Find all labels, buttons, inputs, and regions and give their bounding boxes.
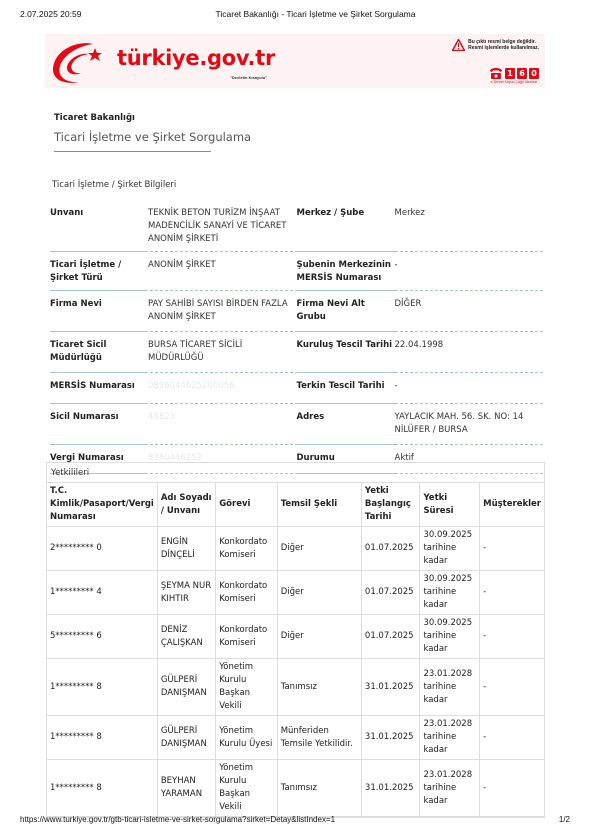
table-cell: - bbox=[480, 716, 544, 760]
hotline-digit: 6 bbox=[517, 68, 527, 79]
row-divider bbox=[50, 444, 148, 445]
info-value: Merkez bbox=[395, 205, 543, 252]
column-header: Görevi bbox=[216, 483, 277, 527]
row-divider bbox=[297, 403, 395, 404]
warning-line-2: Resmi işlemlerde kullanılmaz. bbox=[468, 45, 539, 51]
print-title: Ticaret Bakanlığı - Ticari İşletme ve Şi… bbox=[0, 9, 591, 19]
section-title: Ticari İşletme / Şirket Bilgileri bbox=[52, 180, 176, 190]
table-cell: Tanımsız bbox=[277, 760, 361, 817]
info-row: Ticari İşletme / Şirket TürüANONİM ŞİRKE… bbox=[50, 257, 543, 291]
table-row: 1********* 8GÜLPERİ DANIŞMANYönetim Kuru… bbox=[47, 659, 544, 716]
table-cell: Diğer bbox=[277, 615, 361, 659]
table-cell: GÜLPERİ DANIŞMAN bbox=[157, 659, 215, 716]
table-cell: 1********* 4 bbox=[47, 571, 157, 615]
table-cell: Diğer bbox=[277, 527, 361, 571]
table-cell: 31.01.2025 bbox=[361, 716, 420, 760]
table-cell: 01.07.2025 bbox=[361, 527, 420, 571]
table-cell: ENGİN DİNÇELİ bbox=[157, 527, 215, 571]
row-divider bbox=[297, 290, 395, 291]
crescent-star-logo-icon bbox=[49, 38, 113, 86]
info-value: ANONİM ŞİRKET bbox=[148, 257, 296, 291]
row-divider bbox=[50, 372, 148, 373]
info-row: MERSİS Numarası0836044625200056Terkin Te… bbox=[50, 378, 543, 404]
table-cell: 1********* 8 bbox=[47, 716, 157, 760]
table-cell: 31.01.2025 bbox=[361, 659, 420, 716]
info-row: UnvanıTEKNİK BETON TURİZM İNŞAAT MADENCİ… bbox=[50, 205, 543, 252]
table-cell: 01.07.2025 bbox=[361, 615, 420, 659]
table-cell: 1********* 8 bbox=[47, 760, 157, 817]
hotline-160: 1 6 0 e-Devlet Kapısı Çağrı Merkezi bbox=[489, 68, 539, 84]
table-cell: DENİZ ÇALIŞKAN bbox=[157, 615, 215, 659]
column-header: Temsil Şekli bbox=[277, 483, 361, 527]
info-value: TEKNİK BETON TURİZM İNŞAAT MADENCİLİK SA… bbox=[148, 205, 296, 252]
company-info-grid: UnvanıTEKNİK BETON TURİZM İNŞAAT MADENCİ… bbox=[50, 205, 543, 479]
table-cell: 23.01.2028 tarihine kadar bbox=[420, 760, 480, 817]
info-label: Şubenin Merkezinin MERSİS Numarası bbox=[297, 257, 395, 291]
info-label: Ticaret Sicil Müdürlüğü bbox=[50, 337, 148, 373]
column-header: Adı Soyadı / Unvanı bbox=[157, 483, 215, 527]
info-label: Firma Nevi bbox=[50, 296, 148, 332]
turkiye-gov-banner: türkiye.gov.tr "Devletin Kısayolu" Bu çı… bbox=[45, 34, 545, 88]
column-header: Yetki Başlangıç Tarihi bbox=[361, 483, 420, 527]
logo-slogan: "Devletin Kısayolu" bbox=[230, 75, 267, 80]
info-row: Sicil Numarası45823AdresYAYLACIK MAH. 56… bbox=[50, 409, 543, 445]
info-value: 45823 bbox=[148, 409, 296, 445]
authorized-persons-panel: Yetkilileri T.C. Kimlik/Pasaport/Vergi N… bbox=[46, 462, 545, 818]
telephone-icon bbox=[489, 68, 503, 79]
table-cell: Münferiden Temsile Yetkilidir. bbox=[277, 716, 361, 760]
info-label: Adres bbox=[297, 409, 395, 445]
table-cell: 30.09.2025 tarihine kadar bbox=[420, 615, 480, 659]
warning-triangle-icon bbox=[452, 39, 465, 51]
table-cell: 30.09.2025 tarihine kadar bbox=[420, 527, 480, 571]
info-label: Firma Nevi Alt Grubu bbox=[297, 296, 395, 332]
table-cell: - bbox=[480, 615, 544, 659]
info-value: 0836044625200056 bbox=[148, 378, 296, 404]
info-label: Terkin Tescil Tarihi bbox=[297, 378, 395, 404]
info-value: DİĞER bbox=[395, 296, 543, 332]
table-cell: Konkordato Komiseri bbox=[216, 615, 277, 659]
table-row: 1********* 8BEYHAN YARAMANYönetim Kurulu… bbox=[47, 760, 544, 817]
logo-text: türkiye.gov.tr bbox=[117, 46, 275, 70]
row-divider bbox=[297, 444, 395, 445]
table-cell: BEYHAN YARAMAN bbox=[157, 760, 215, 817]
hotline-digit: 1 bbox=[505, 68, 515, 79]
table-cell: Konkordato Komiseri bbox=[216, 571, 277, 615]
not-official-warning: Bu çıktı resmi belge değildir. Resmi işl… bbox=[452, 39, 539, 51]
print-url: https://www.turkiye.gov.tr/gtb-ticari-is… bbox=[20, 815, 335, 824]
table-cell: Yönetim Kurulu Üyesi bbox=[216, 716, 277, 760]
table-row: 1********* 8GÜLPERİ DANIŞMANYönetim Kuru… bbox=[47, 716, 544, 760]
table-cell: 2********* 0 bbox=[47, 527, 157, 571]
info-label: Merkez / Şube bbox=[297, 205, 395, 252]
table-row: 2********* 0ENGİN DİNÇELİKonkordato Komi… bbox=[47, 527, 544, 571]
row-divider bbox=[50, 290, 148, 291]
hotline-caption: e-Devlet Kapısı Çağrı Merkezi bbox=[489, 80, 539, 84]
info-row: Firma NeviPAY SAHİBİ SAYISI BİRDEN FAZLA… bbox=[50, 296, 543, 332]
info-label: Kuruluş Tescil Tarihi bbox=[297, 337, 395, 373]
info-value: - bbox=[395, 257, 543, 291]
info-label: Sicil Numarası bbox=[50, 409, 148, 445]
table-cell: - bbox=[480, 571, 544, 615]
column-header: Yetki Süresi bbox=[420, 483, 480, 527]
table-cell: 1********* 8 bbox=[47, 659, 157, 716]
column-header: Müşterekler bbox=[480, 483, 544, 527]
info-label: Ticari İşletme / Şirket Türü bbox=[50, 257, 148, 291]
table-cell: 01.07.2025 bbox=[361, 571, 420, 615]
hotline-digit: 0 bbox=[529, 68, 539, 79]
table-cell: Diğer bbox=[277, 571, 361, 615]
table-cell: Yönetim Kurulu Başkan Vekili bbox=[216, 659, 277, 716]
table-row: 5********* 6DENİZ ÇALIŞKANKonkordato Kom… bbox=[47, 615, 544, 659]
info-label: Unvanı bbox=[50, 205, 148, 252]
table-cell: 23.01.2028 tarihine kadar bbox=[420, 716, 480, 760]
info-value: PAY SAHİBİ SAYISI BİRDEN FAZLA ANONİM Şİ… bbox=[148, 296, 296, 332]
row-divider bbox=[50, 403, 148, 404]
table-cell: 23.01.2028 tarihine kadar bbox=[420, 659, 480, 716]
table-cell: Konkordato Komiseri bbox=[216, 527, 277, 571]
authorized-persons-title: Yetkilileri bbox=[47, 463, 544, 483]
column-header: T.C. Kimlik/Pasaport/Vergi Numarası bbox=[47, 483, 157, 527]
info-value: BURSA TİCARET SİCİLİ MÜDÜRLÜĞÜ bbox=[148, 337, 296, 373]
row-divider bbox=[50, 251, 148, 252]
table-cell: GÜLPERİ DANIŞMAN bbox=[157, 716, 215, 760]
heading-divider bbox=[54, 151, 211, 152]
row-divider bbox=[297, 251, 395, 252]
table-cell: - bbox=[480, 527, 544, 571]
row-divider bbox=[297, 331, 395, 332]
table-cell: 30.09.2025 tarihine kadar bbox=[420, 571, 480, 615]
info-value: YAYLACIK MAH. 56. SK. NO: 14 NİLÜFER / B… bbox=[395, 409, 543, 445]
table-cell: ŞEYMA NUR KIHTIR bbox=[157, 571, 215, 615]
table-cell: - bbox=[480, 659, 544, 716]
table-cell: Yönetim Kurulu Başkan Vekili bbox=[216, 760, 277, 817]
ministry-name: Ticaret Bakanlığı bbox=[54, 113, 135, 123]
page-title: Ticari İşletme ve Şirket Sorgulama bbox=[54, 130, 251, 144]
table-row: 1********* 4ŞEYMA NUR KIHTIRKonkordato K… bbox=[47, 571, 544, 615]
table-cell: Tanımsız bbox=[277, 659, 361, 716]
info-value: 22.04.1998 bbox=[395, 337, 543, 373]
table-cell: 5********* 6 bbox=[47, 615, 157, 659]
info-value: - bbox=[395, 378, 543, 404]
table-cell: - bbox=[480, 760, 544, 817]
row-divider bbox=[50, 331, 148, 332]
row-divider bbox=[297, 372, 395, 373]
info-label: MERSİS Numarası bbox=[50, 378, 148, 404]
info-row: Ticaret Sicil MüdürlüğüBURSA TİCARET SİC… bbox=[50, 337, 543, 373]
table-cell: 31.01.2025 bbox=[361, 760, 420, 817]
page-number: 1/2 bbox=[559, 815, 570, 824]
authorized-persons-table: T.C. Kimlik/Pasaport/Vergi NumarasıAdı S… bbox=[47, 483, 544, 817]
